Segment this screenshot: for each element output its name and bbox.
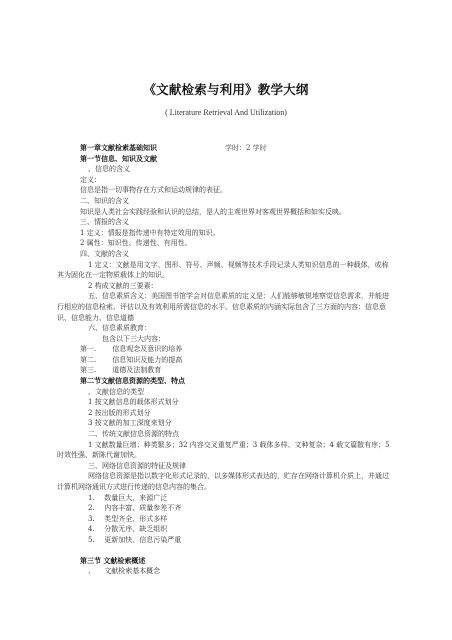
paragraph-traditional-features: 1 文献数量巨增；种类繁多；32 内容交叉重复严重；3 载体多样、文种复杂；4 …: [57, 440, 395, 461]
list-number: 第二.: [80, 355, 110, 366]
list-text: 文献检索基本概念: [104, 567, 160, 575]
spacer: [80, 546, 395, 556]
class-hours: 学时：2 学时: [225, 143, 267, 154]
section-heading: 第三节 文献检索概述: [80, 556, 395, 567]
list-number: 、: [88, 566, 102, 577]
section-heading: 第二节文献信息资源的类型、特点: [80, 376, 395, 387]
body-line: 三、网络信息资源的特征及规律: [80, 461, 395, 472]
list-number: 4.: [88, 524, 102, 535]
body-line: 3 按文献的加工深度来划分: [80, 418, 395, 429]
list-text: 类型齐全、形式多样: [104, 515, 167, 523]
list-item: 5. 更新加快、信息污染严重: [80, 535, 395, 546]
list-item: 、 文献检索基本概念: [80, 566, 395, 577]
list-item: 3. 类型齐全、形式多样: [80, 514, 395, 525]
list-number: 2.: [88, 503, 102, 514]
list-item: 第一. 信息观念及意识的培养: [80, 344, 395, 355]
body-line: 二、传统文献信息资源的特点: [80, 429, 395, 440]
list-text: 数量巨大、来源广泛: [104, 494, 167, 502]
list-text: 内容丰富、质量参差不齐: [104, 504, 181, 512]
body-line: 、文献信息的类型: [80, 387, 395, 398]
list-text: 分散无序、缺乏组织: [104, 525, 167, 533]
chapter-heading: 第一章文献检索基础知识: [80, 143, 157, 154]
document-body: 第一章文献检索基础知识 学时：2 学时 第一节信息、知识及文献 、信息的含义 定…: [80, 143, 395, 577]
body-line: 信息是指一切事物存在方式和运动规律的表征。: [80, 185, 395, 196]
body-line: 六、信息素质教育：: [80, 323, 395, 334]
list-text: 信息观念及意识的培养: [112, 345, 182, 353]
list-item: 第二. 信息知识及能力的提高: [80, 355, 395, 366]
list-number: 第一.: [80, 344, 110, 355]
body-line: 知识是人类社会实践经验和认识的总结，是人的主观世界对客观世界概括和如实反映。: [80, 207, 395, 218]
list-number: 1.: [88, 493, 102, 504]
body-line: 2 构成文献的三要素：: [80, 281, 395, 292]
body-line: 定义：: [80, 175, 395, 186]
document-subtitle: ( Literature Retrieval And Utilization): [0, 108, 452, 117]
list-text: 道德及法制教育: [112, 366, 161, 374]
body-line: 、信息的含义: [80, 164, 395, 175]
section-heading: 第一节信息、知识及文献: [80, 154, 395, 165]
list-text: 更新加快、信息污染严重: [104, 536, 181, 544]
paragraph-doc-definition: 1 定义：文献是用文字、图形、符号、声频、视频等技术手段记录人类知识信息的一种载…: [57, 260, 395, 281]
list-number: 3.: [88, 514, 102, 525]
paragraph-network-resources: 网络信息资源是指以数字化形式记录的，以多媒体形式表达的，贮存在网络计算机介质上，…: [57, 471, 395, 492]
body-line: 1 定义：情报是指传递中有特定效用的知识。: [80, 228, 395, 239]
list-item: 1. 数量巨大、来源广泛: [80, 493, 395, 504]
chapter-heading-row: 第一章文献检索基础知识 学时：2 学时: [80, 143, 395, 154]
body-line: 1 按文献信息的载体形式划分: [80, 397, 395, 408]
body-line: 2 属性：知识性、传递性、有用性。: [80, 238, 395, 249]
body-line: 三、情报的含义: [80, 217, 395, 228]
list-number: 5.: [88, 535, 102, 546]
paragraph-info-literacy: 五、信息素质含义：美国图书馆学会对信息素质的定义是：人们能够敏锐地察觉信息需求，…: [57, 291, 395, 323]
list-item: 2. 内容丰富、质量参差不齐: [80, 503, 395, 514]
list-item: 第三. 道德及法制教育: [80, 365, 395, 376]
list-number: 第三.: [80, 365, 110, 376]
document-page: 《文献检索与利用》教学大纲 ( Literature Retrieval And…: [0, 0, 452, 640]
list-item: 4. 分散无序、缺乏组织: [80, 524, 395, 535]
body-line: 四、文献的含义: [80, 249, 395, 260]
document-title: 《文献检索与利用》教学大纲: [0, 80, 452, 98]
body-line: 2 按出版的形式划分: [80, 408, 395, 419]
list-text: 信息知识及能力的提高: [112, 356, 182, 364]
body-line: 包含以下三大内容：: [80, 334, 395, 345]
body-line: 二、知识的含义: [80, 196, 395, 207]
